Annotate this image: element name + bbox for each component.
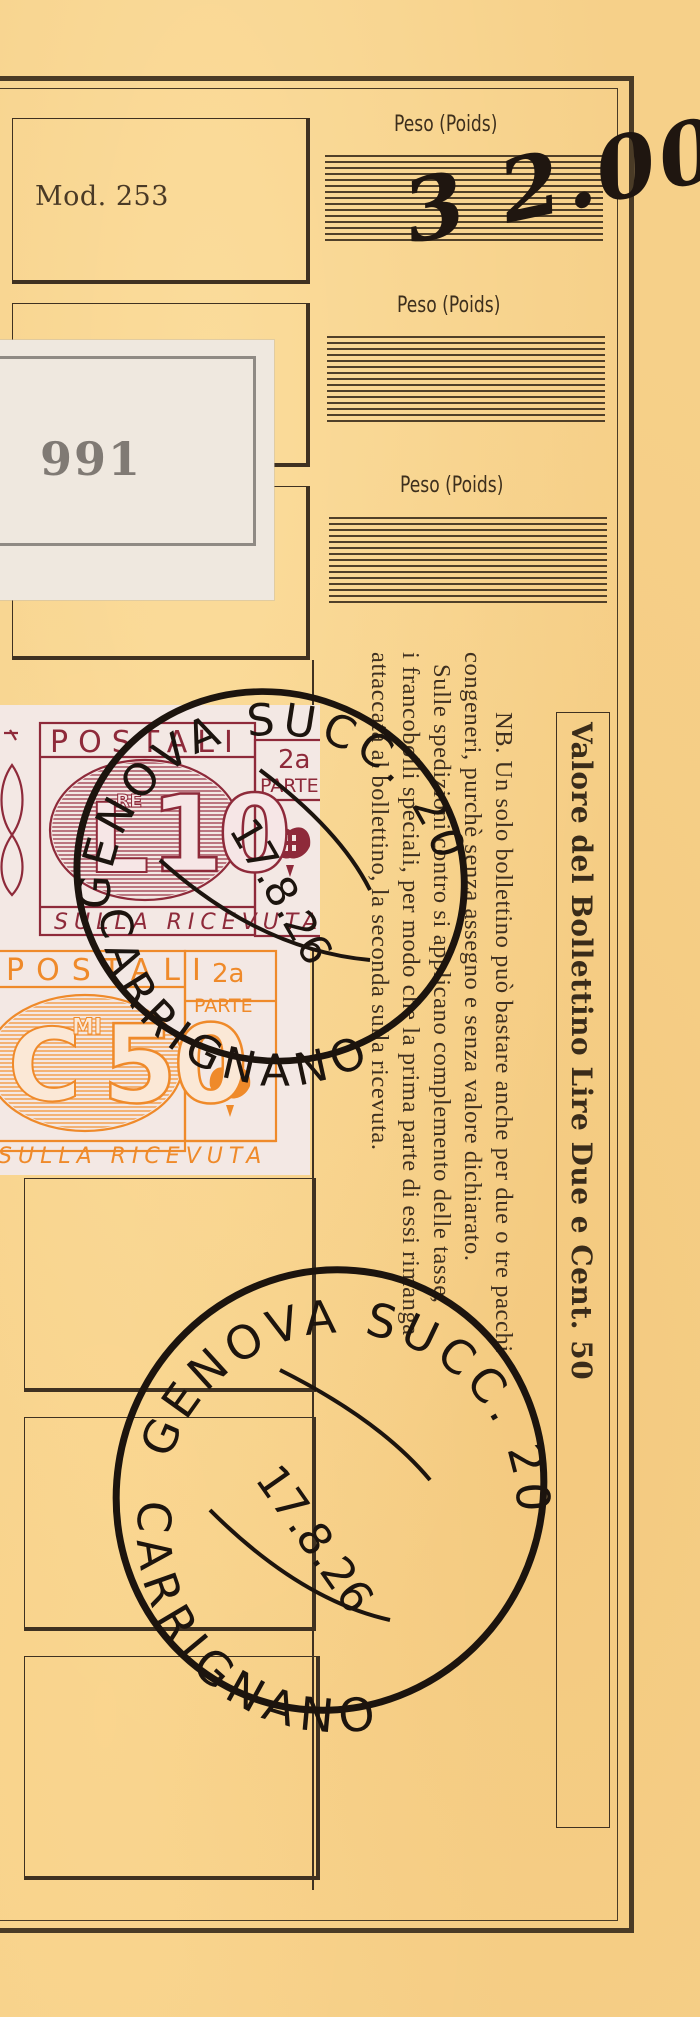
postmark-bottom-text: CARRIGNANO [126,1499,386,1740]
weight-hatch-3 [329,517,607,605]
svg-text:CARRIGNANO: CARRIGNANO [126,1499,386,1740]
weight-field-2: Peso (Poids) [397,293,530,318]
weight-label: Peso (Poids) [397,293,500,318]
registration-label: 991 [0,340,274,600]
form-code: Mod. 253 [35,181,169,212]
form-code-box: Mod. 253 [12,118,310,284]
value-title: Valore del Bollettino Lire Due e Cent. 5… [565,722,598,1380]
weight-label: Peso (Poids) [400,473,503,498]
svg-text:CARRIGNANO: CARRIGNANO [88,905,382,1097]
label-number: 991 [40,432,142,486]
weight-label: Peso (Poids) [394,112,497,137]
postmark-date: 17.8.26 [220,810,343,973]
stamp-footer: SULLA RICEVUTA [0,1144,267,1169]
postmark-2: GENOVA SUCC. 20 CARRIGNANO 17.8.26 [100,1260,560,1740]
postmark-date: 17.8.26 [245,1456,383,1623]
postmark-1: GENOVA SUCC. 20 CARRIGNANO 17.8.26 [40,660,500,1100]
postmark-bottom-text: CARRIGNANO [88,905,382,1097]
weight-hatch-2 [327,336,605,424]
weight-field-3: Peso (Poids) [400,473,533,498]
weight-field-1: Peso (Poids) [394,112,527,137]
